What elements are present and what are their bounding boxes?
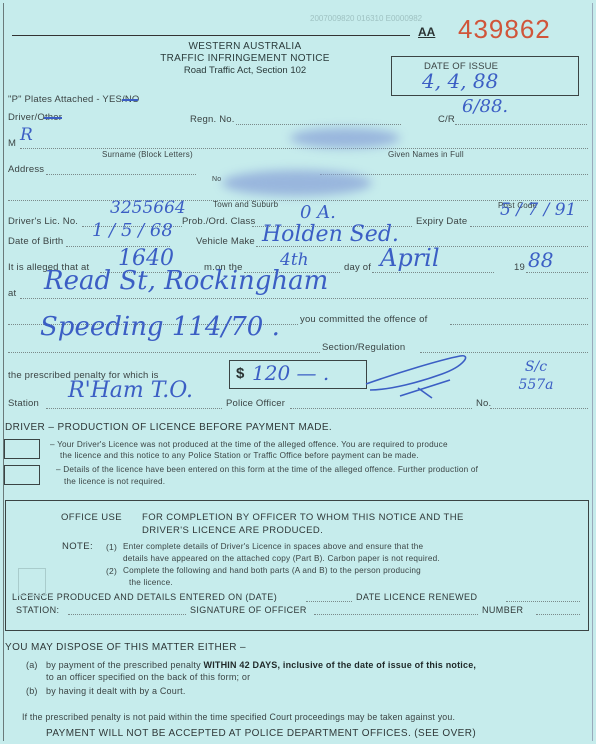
office-use-title-2: DRIVER'S LICENCE ARE PRODUCED. xyxy=(142,525,323,536)
option-a-line1: by payment of the prescribed penalty WIT… xyxy=(46,660,476,670)
dispose-title: YOU MAY DISPOSE OF THIS MATTER EITHER – xyxy=(5,642,246,653)
payment-warning: PAYMENT WILL NOT BE ACCEPTED AT POLICE D… xyxy=(46,728,476,739)
option-a-line2: to an officer specified on the back of t… xyxy=(46,672,250,682)
address-no-label: No xyxy=(212,176,221,183)
offence-value[interactable]: Speeding 114/70 . xyxy=(40,312,280,342)
officer-signature xyxy=(360,350,480,400)
surname-label: Surname (Block Letters) xyxy=(102,150,193,159)
note2-line2: the licence. xyxy=(129,578,173,587)
class-value[interactable]: 0 A. xyxy=(300,202,336,223)
location-value[interactable]: Read St, Rockingham xyxy=(44,266,328,296)
traffic-infringement-notice: { "notice": { "series": "AA", "number": … xyxy=(0,0,596,744)
vehicle-make-value[interactable]: Holden Sed. xyxy=(262,222,399,247)
offence-line-2 xyxy=(450,324,588,325)
officer-no-line xyxy=(490,408,588,409)
option-a-deadline: WITHIN 42 DAYS, inclusive of the date of… xyxy=(204,660,477,670)
option-b-text: by having it dealt with by a Court. xyxy=(46,686,186,696)
cr-line xyxy=(455,124,587,125)
driver-section-title: DRIVER – PRODUCTION OF LICENCE BEFORE PA… xyxy=(5,422,332,433)
penalty-box: $ 120 — . xyxy=(229,360,367,389)
address-line-1[interactable] xyxy=(46,174,196,175)
date-of-issue-value[interactable]: 4, 4, 88 xyxy=(422,69,498,93)
number-line[interactable] xyxy=(536,614,580,615)
month-value[interactable]: April xyxy=(380,244,440,272)
redacted-address xyxy=(222,170,372,196)
option1-checkbox[interactable] xyxy=(4,439,40,459)
option-a-label: (a) xyxy=(26,660,38,670)
station-label: Station xyxy=(8,398,39,409)
faint-ghost-box xyxy=(18,568,46,596)
officer-label: Police Officer xyxy=(226,398,285,409)
town-label: Town and Suburb xyxy=(213,200,278,209)
p-plates-label: "P" Plates Attached - YES/NO xyxy=(8,94,140,105)
date-of-issue-box: DATE OF ISSUE 4, 4, 88 xyxy=(391,56,579,96)
note2-num: (2) xyxy=(106,566,117,576)
option-b-label: (b) xyxy=(26,686,38,696)
option2-line2: the licence is not required. xyxy=(64,477,165,486)
court-warning: If the prescribed penalty is not paid wi… xyxy=(22,712,455,722)
station-line xyxy=(46,408,222,409)
given-names-label: Given Names in Full xyxy=(388,150,464,159)
header: WESTERN AUSTRALIA TRAFFIC INFRINGEMENT N… xyxy=(130,41,360,76)
regn-line[interactable] xyxy=(236,124,401,125)
cr-value[interactable]: 6/88. xyxy=(462,96,508,117)
penalty-currency: $ xyxy=(236,365,244,382)
licence-no-value[interactable]: 3255664 xyxy=(110,198,186,218)
day-of-label: day of xyxy=(344,262,371,273)
signature-label: SIGNATURE OF OFFICER xyxy=(190,605,307,615)
date-renewed-line[interactable] xyxy=(506,601,580,602)
date-renewed-label: DATE LICENCE RENEWED xyxy=(356,592,477,602)
dob-label: Date of Birth xyxy=(8,236,63,247)
penalty-value[interactable]: 120 — . xyxy=(252,361,329,385)
number-label: NUMBER xyxy=(482,605,523,615)
location-line xyxy=(20,298,588,299)
option2-line1: – Details of the licence have been enter… xyxy=(56,465,478,474)
offence-label: you committed the offence of xyxy=(300,314,427,325)
signature-line[interactable] xyxy=(314,614,478,615)
year-prefix: 19 xyxy=(514,262,525,273)
note1-line2: details have appeared on the attached co… xyxy=(123,554,440,563)
option1-line1: – Your Driver's Licence was not produced… xyxy=(50,440,448,449)
top-rule xyxy=(12,35,410,36)
option1-line2: the licence and this notice to any Polic… xyxy=(60,451,419,460)
month-line xyxy=(372,272,494,273)
bleed-through-text: 2007009820 016310 E0000982 xyxy=(310,14,422,23)
year-line xyxy=(526,272,588,273)
header-state: WESTERN AUSTRALIA xyxy=(130,41,360,52)
licence-produced-line[interactable] xyxy=(306,601,352,602)
class-label: Prob./Ord. Class xyxy=(182,216,255,227)
redacted-surname xyxy=(290,128,400,148)
expiry-line xyxy=(470,226,588,227)
option2-checkbox[interactable] xyxy=(4,465,40,485)
address-label: Address xyxy=(8,164,44,175)
officer-line xyxy=(290,408,472,409)
notice-number: 439862 xyxy=(458,14,551,45)
section-line-1 xyxy=(8,352,320,353)
office-use-title-1: FOR COMPLETION BY OFFICER TO WHOM THIS N… xyxy=(142,512,464,523)
at-label: at xyxy=(8,288,16,299)
office-station-line[interactable] xyxy=(68,614,186,615)
note1-num: (1) xyxy=(106,542,117,552)
address-line-1b[interactable] xyxy=(320,174,588,175)
header-act: Road Traffic Act, Section 102 xyxy=(130,65,360,76)
m-label: M xyxy=(8,138,16,149)
office-use-label: OFFICE USE xyxy=(61,512,122,523)
officer-no-value[interactable]: S/c 557a xyxy=(506,358,566,394)
licence-produced-label: LICENCE PRODUCED AND DETAILS ENTERED ON … xyxy=(12,592,277,602)
station-value[interactable]: R'Ham T.O. xyxy=(68,378,193,403)
notice-series: AA xyxy=(418,25,435,39)
header-title: TRAFFIC INFRINGEMENT NOTICE xyxy=(130,53,360,64)
note1-line1: Enter complete details of Driver's Licen… xyxy=(123,542,423,551)
regn-label: Regn. No. xyxy=(190,114,235,125)
other-strikeout xyxy=(44,117,62,119)
cr-label: C/R xyxy=(438,114,455,125)
note-label: NOTE: xyxy=(62,541,93,552)
dob-value[interactable]: 1 / 5 / 68 xyxy=(92,220,173,241)
option-a-text: by payment of the prescribed penalty xyxy=(46,660,201,670)
yes-strikeout xyxy=(122,99,138,101)
office-use-box: OFFICE USE FOR COMPLETION BY OFFICER TO … xyxy=(5,500,589,631)
licence-no-label: Driver's Lic. No. xyxy=(8,216,78,227)
expiry-value[interactable]: 5 / 7 / 91 xyxy=(500,200,576,220)
name-line[interactable] xyxy=(20,148,588,149)
office-station-label: STATION: xyxy=(16,605,59,615)
expiry-label: Expiry Date xyxy=(416,216,467,227)
year-value[interactable]: 88 xyxy=(528,248,553,272)
note2-line1: Complete the following and hand both par… xyxy=(123,566,421,575)
vehicle-make-label: Vehicle Make xyxy=(196,236,255,247)
m-value[interactable]: R xyxy=(20,125,33,145)
